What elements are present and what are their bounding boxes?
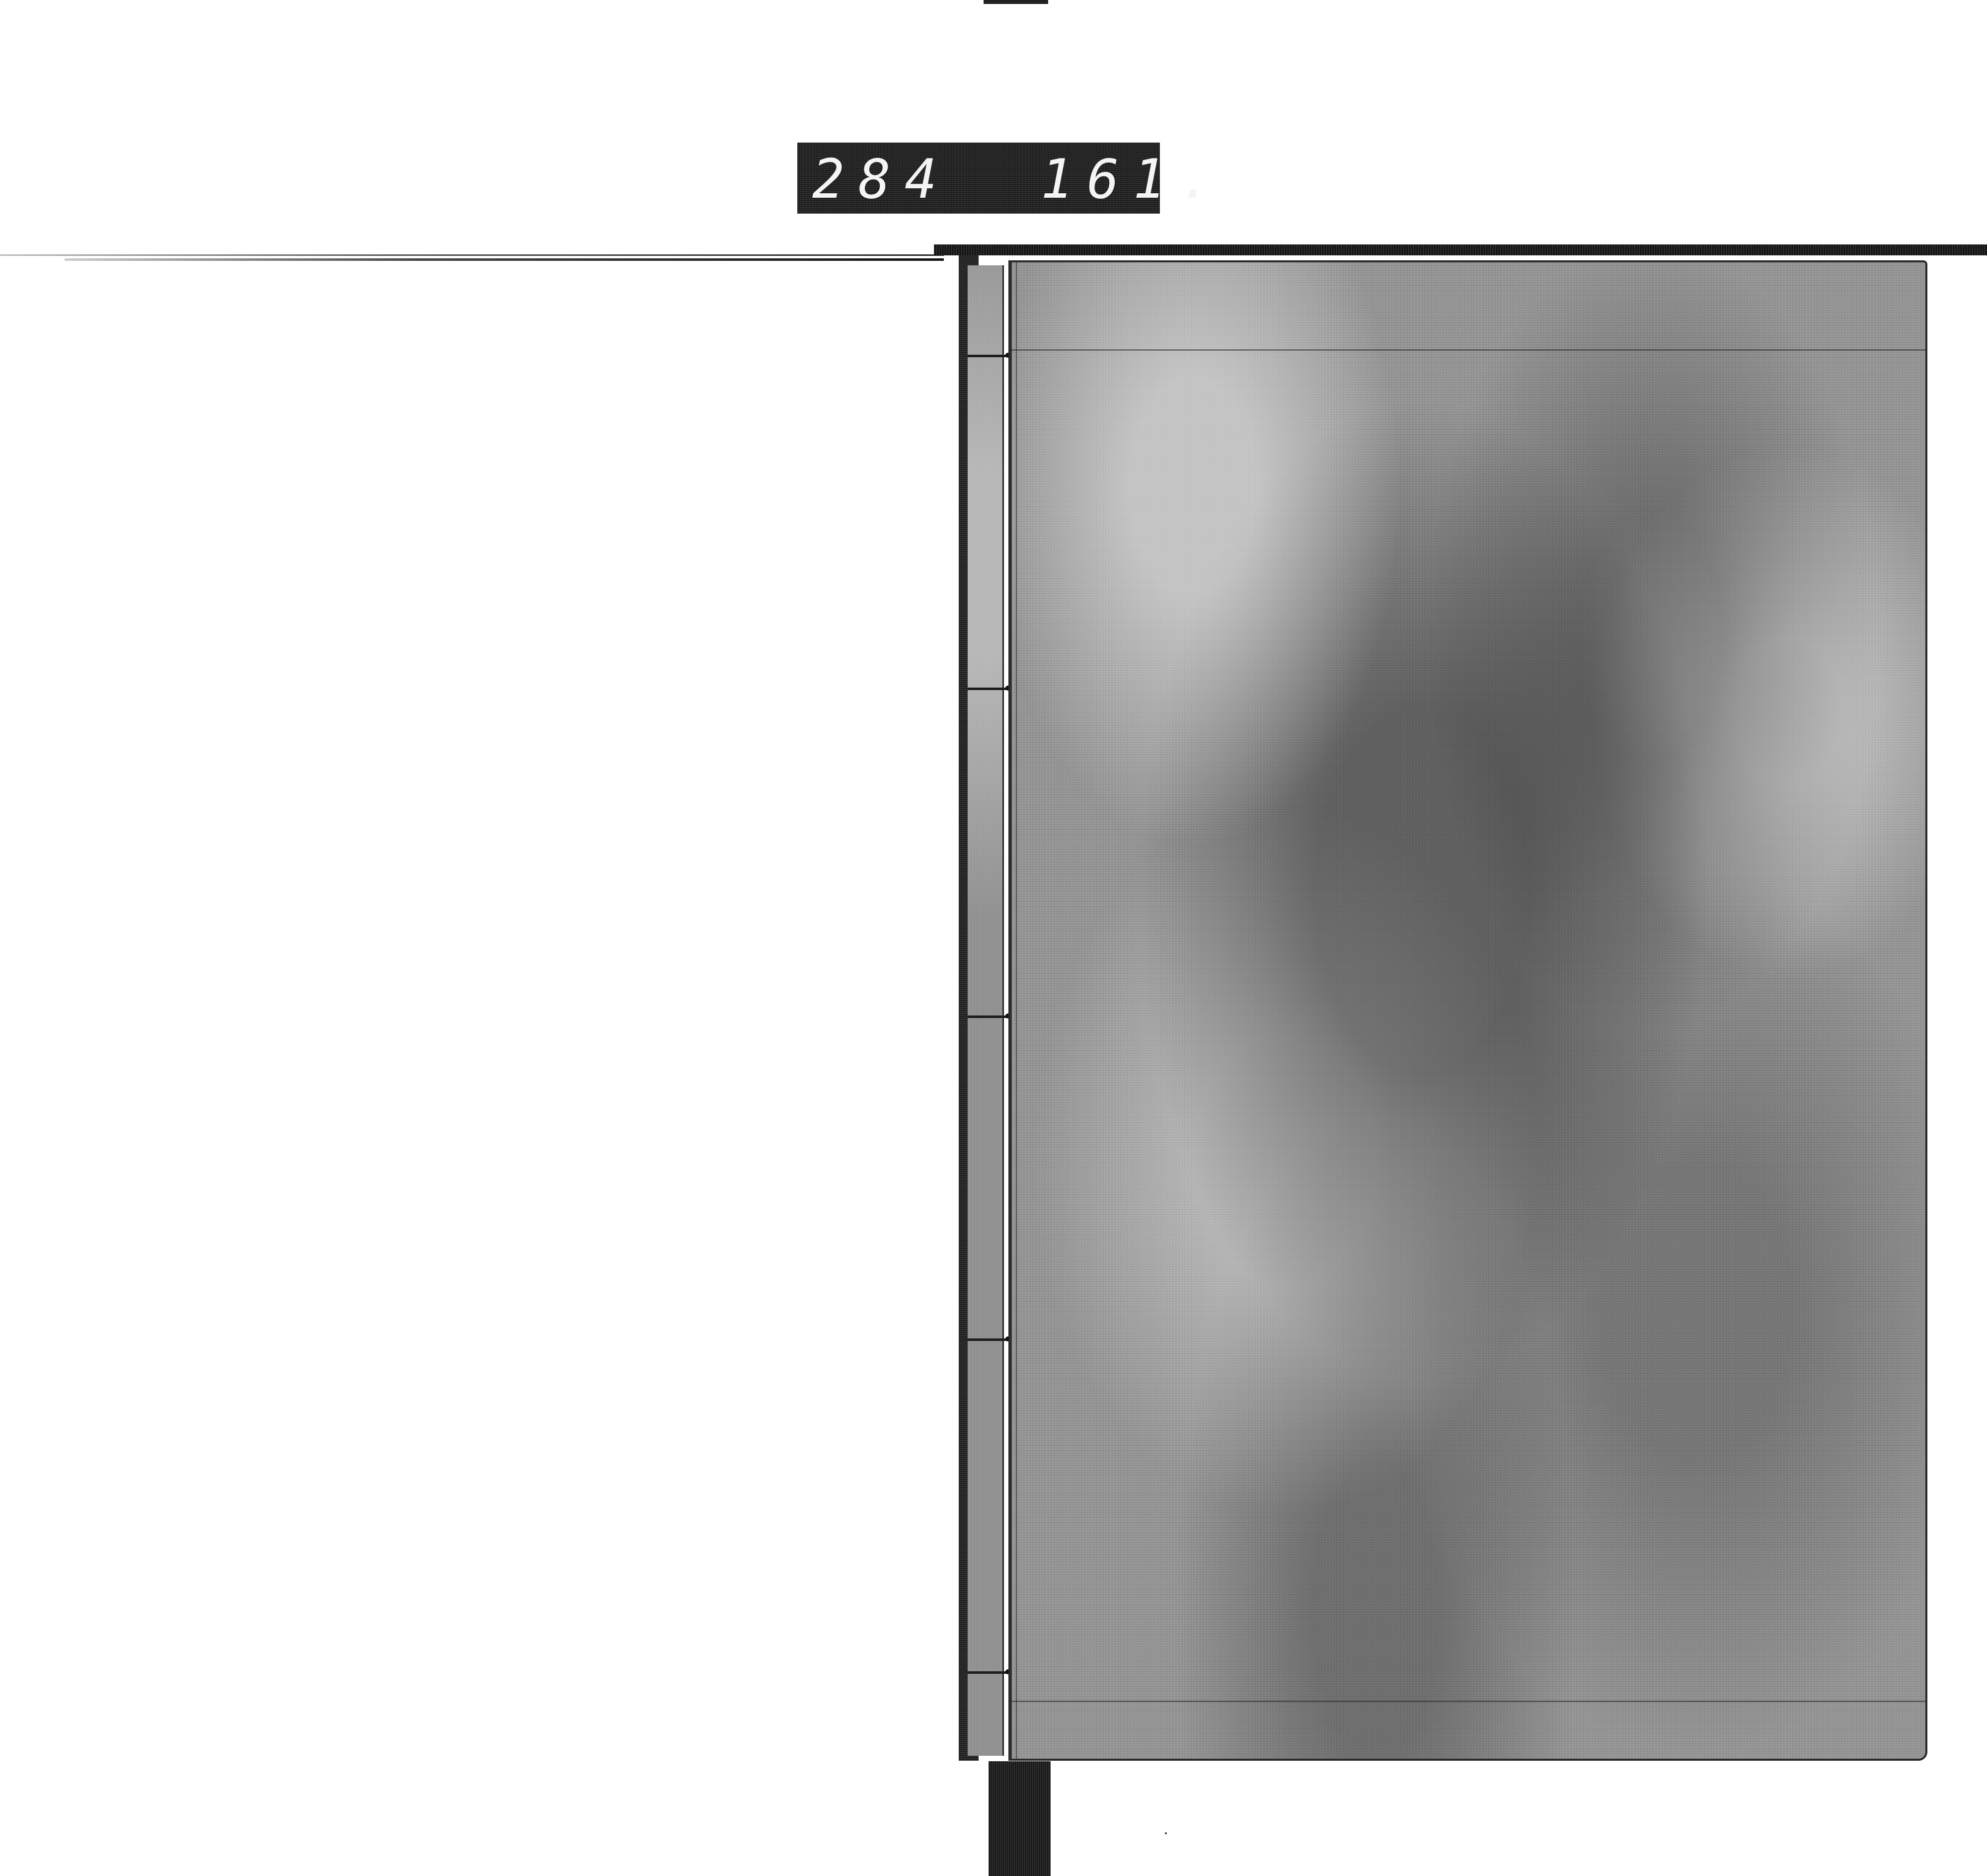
film-bottom-block bbox=[989, 1761, 1051, 1876]
film-speck bbox=[1165, 1832, 1167, 1834]
binding-stitch bbox=[968, 1671, 1007, 1674]
top-film-mark bbox=[984, 0, 1048, 4]
film-rule-right bbox=[934, 244, 1987, 255]
binding-stitch bbox=[968, 688, 1007, 690]
frame-counter-right-value: 161. bbox=[1041, 149, 1225, 211]
book-spine bbox=[968, 265, 1004, 1756]
frame-counter: 284 161. bbox=[797, 143, 1160, 214]
book-cover bbox=[1008, 260, 1927, 1761]
binding-stitch bbox=[968, 1016, 1007, 1018]
book-scan bbox=[939, 255, 1942, 1761]
binding-stitch bbox=[968, 355, 1007, 357]
film-rule-left-bottom bbox=[65, 258, 944, 261]
cover-crease bbox=[1010, 349, 1925, 351]
film-rule-left-top bbox=[0, 254, 944, 256]
cover-crease bbox=[1010, 1701, 1925, 1702]
binding-stitch bbox=[968, 1338, 1007, 1341]
cover-edge-line bbox=[1010, 262, 1017, 1759]
frame-counter-left-value: 284 bbox=[812, 149, 951, 211]
